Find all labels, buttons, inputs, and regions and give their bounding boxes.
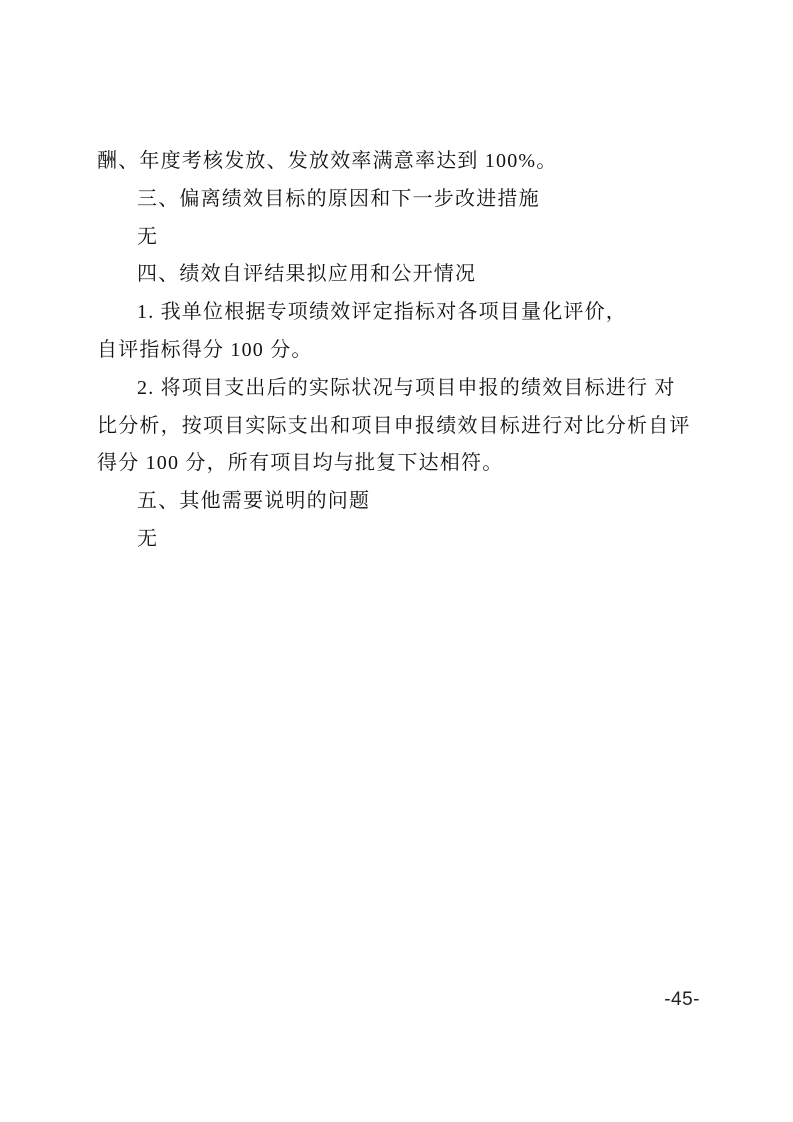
answer-none-line-1: 无 bbox=[97, 219, 699, 257]
answer-none-line-2: 无 bbox=[97, 521, 699, 559]
item-2-line-2: 比分析，按项目实际支出和项目申报绩效目标进行对比分析自评 bbox=[97, 408, 699, 446]
paragraph-continuation-line: 酬、年度考核发放、发放效率满意率达到 100%。 bbox=[97, 143, 699, 181]
body-text-block: 酬、年度考核发放、发放效率满意率达到 100%。 三、偏离绩效目标的原因和下一步… bbox=[97, 143, 699, 559]
item-2-line-3: 得分 100 分，所有项目均与批复下达相符。 bbox=[97, 445, 699, 483]
item-1-line-1: 1. 我单位根据专项绩效评定指标对各项目量化评价， bbox=[97, 294, 699, 332]
section-heading-five: 五、其他需要说明的问题 bbox=[97, 483, 699, 521]
page-number: -45- bbox=[664, 989, 700, 1011]
section-heading-four: 四、绩效自评结果拟应用和公开情况 bbox=[97, 256, 699, 294]
section-heading-three: 三、偏离绩效目标的原因和下一步改进措施 bbox=[97, 181, 699, 219]
item-1-line-2: 自评指标得分 100 分。 bbox=[97, 332, 699, 370]
document-page: 酬、年度考核发放、发放效率满意率达到 100%。 三、偏离绩效目标的原因和下一步… bbox=[0, 0, 793, 1122]
item-2-line-1: 2. 将项目支出后的实际状况与项目申报的绩效目标进行 对 bbox=[97, 370, 699, 408]
